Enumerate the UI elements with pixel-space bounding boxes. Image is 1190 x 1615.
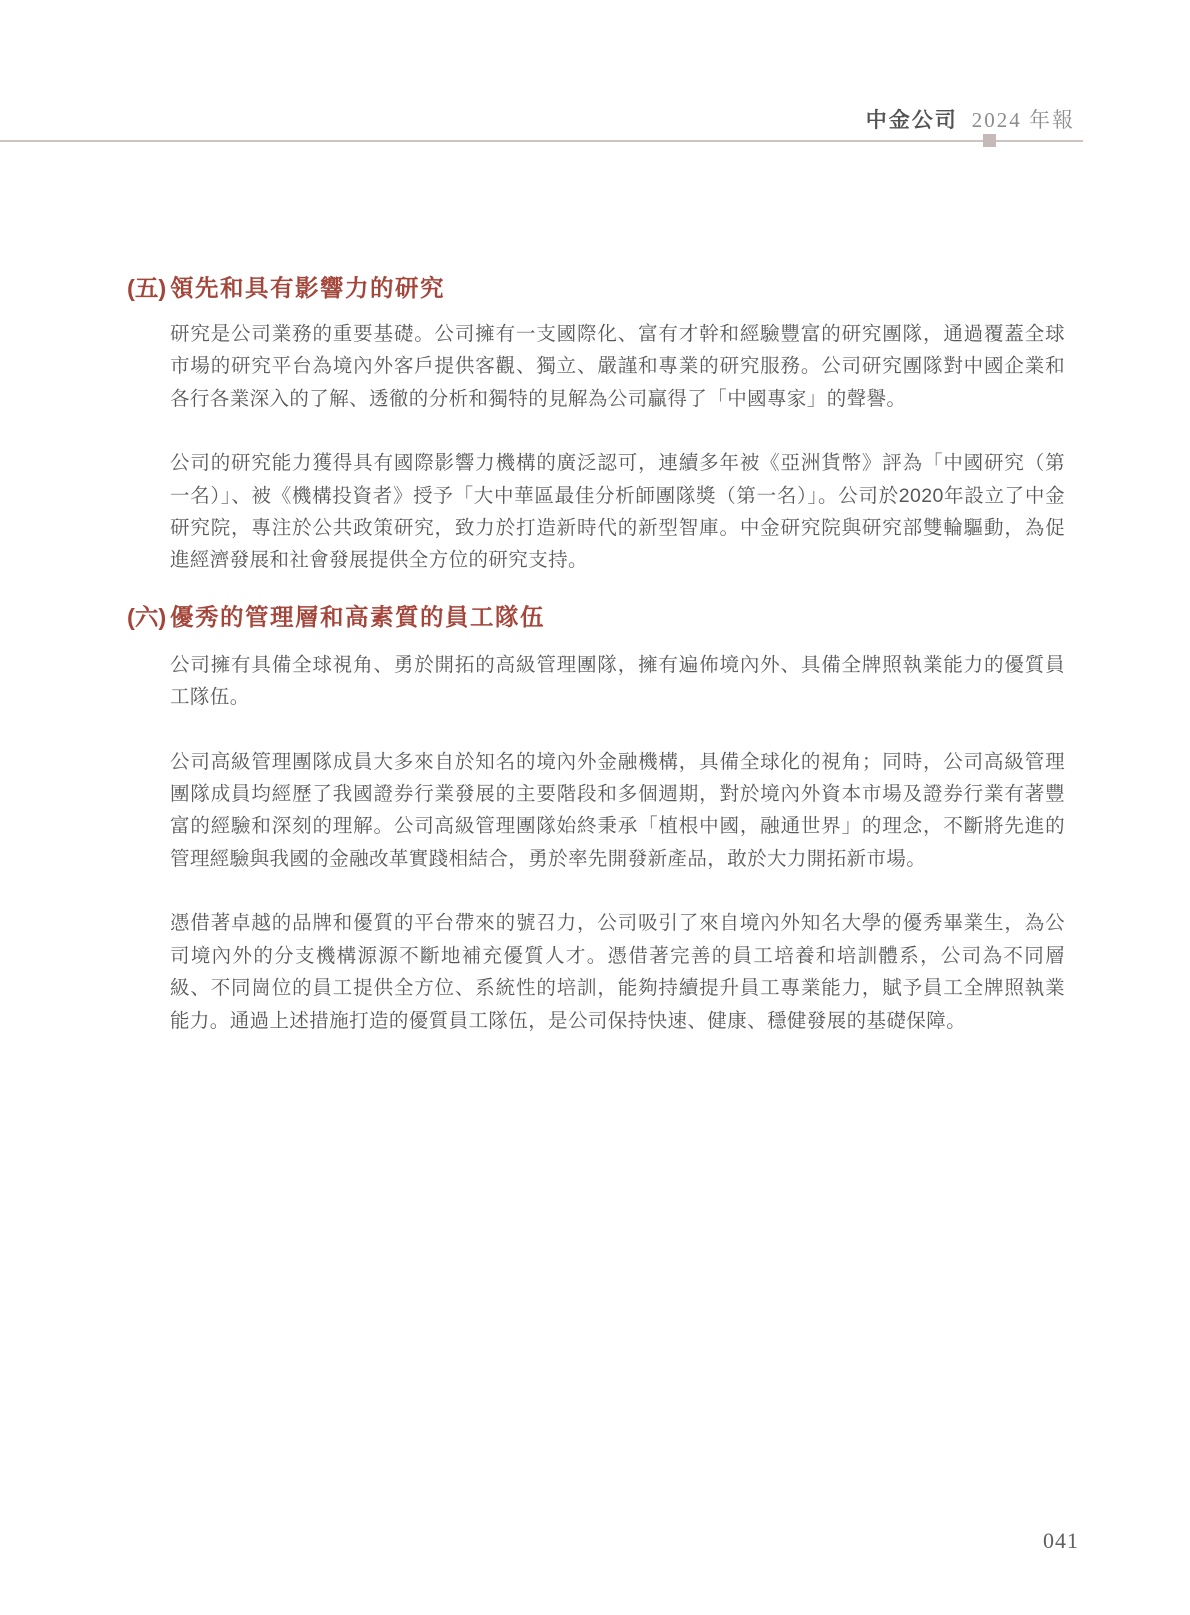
section-6-title: 優秀的管理層和高素質的員工隊伍: [170, 601, 1067, 633]
report-year-title: 2024 年報: [972, 108, 1075, 132]
section-5-number: (五): [127, 272, 170, 304]
paragraph: 研究是公司業務的重要基礎。公司擁有一支國際化、富有才幹和經驗豐富的研究團隊，通過…: [170, 318, 1065, 415]
paragraph: 公司擁有具備全球視角、勇於開拓的高級管理團隊，擁有遍佈境內外、具備全牌照執業能力…: [170, 649, 1065, 714]
paragraph: 憑借著卓越的品牌和優質的平台帶來的號召力，公司吸引了來自境內外知名大學的優秀畢業…: [170, 907, 1065, 1037]
section-6-body: 公司擁有具備全球視角、勇於開拓的高級管理團隊，擁有遍佈境內外、具備全牌照執業能力…: [170, 649, 1065, 1037]
section-5-title: 領先和具有影響力的研究: [170, 272, 1067, 304]
page-number: 041: [1043, 1528, 1079, 1554]
paragraph: 公司的研究能力獲得具有國際影響力機構的廣泛認可，連續多年被《亞洲貨幣》評為「中國…: [170, 447, 1065, 577]
section-6-number: (六): [127, 601, 170, 633]
company-name: 中金公司: [866, 108, 958, 132]
header-rule: [0, 140, 1083, 142]
page-content: (五) 領先和具有影響力的研究 研究是公司業務的重要基礎。公司擁有一支國際化、富…: [127, 272, 1067, 1037]
page-header: 中金公司2024 年報: [866, 104, 1075, 134]
section-5-body: 研究是公司業務的重要基礎。公司擁有一支國際化、富有才幹和經驗豐富的研究團隊，通過…: [170, 318, 1065, 577]
paragraph: 公司高級管理團隊成員大多來自於知名的境內外金融機構，具備全球化的視角；同時，公司…: [170, 746, 1065, 876]
rule-square-marker: [983, 134, 996, 147]
section-5-heading: (五) 領先和具有影響力的研究: [127, 272, 1067, 304]
section-6-heading: (六) 優秀的管理層和高素質的員工隊伍: [127, 601, 1067, 633]
